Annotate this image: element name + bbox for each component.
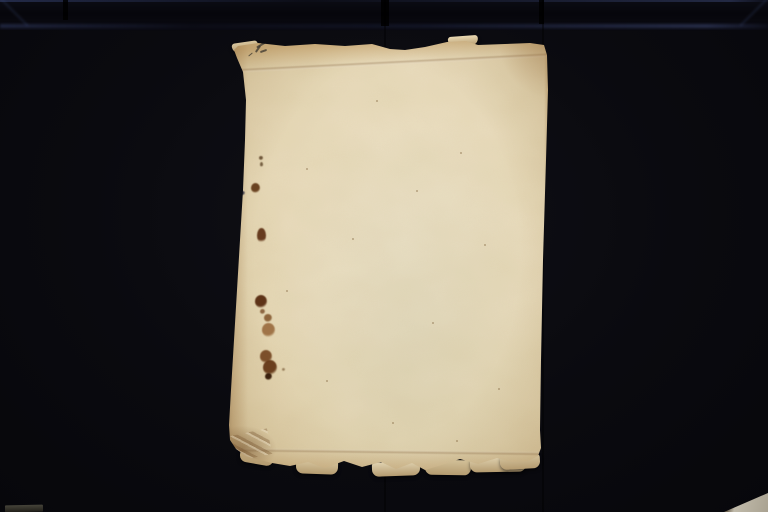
pencil-inscription (226, 40, 550, 482)
pencil-stroke (248, 53, 252, 57)
photo-stage (0, 0, 768, 512)
pencil-stroke (260, 49, 267, 53)
document-paper (226, 40, 550, 482)
